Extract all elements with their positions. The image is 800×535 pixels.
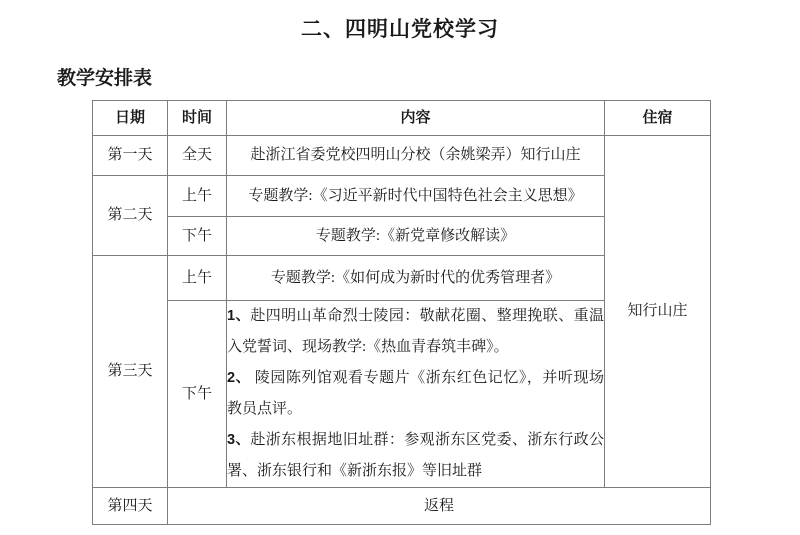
cell-day3-pm-content: 1、赴四明山革命烈士陵园：敬献花圈、整理挽联、重温入党誓词、现场教学:《热血青春…	[227, 301, 605, 488]
activity-item-1: 1、赴四明山革命烈士陵园：敬献花圈、整理挽联、重温入党誓词、现场教学:《热血青春…	[227, 301, 604, 363]
table-row-day4: 第四天 返程	[93, 488, 711, 525]
cell-day1-date: 第一天	[93, 136, 168, 176]
activity-item-2-number: 2、	[227, 370, 251, 386]
table-header-row: 日期 时间 内容 住宿	[93, 101, 711, 136]
cell-day3-date: 第三天	[93, 256, 168, 488]
activity-item-1-number: 1、	[227, 308, 250, 324]
activity-item-3: 3、赴浙东根据地旧址群：参观浙东区党委、浙东行政公署、浙东银行和《新浙东报》等旧…	[227, 425, 604, 487]
cell-day3-am-content: 专题教学:《如何成为新时代的优秀管理者》	[227, 256, 605, 301]
header-content: 内容	[227, 101, 605, 136]
cell-lodging: 知行山庄	[605, 136, 711, 488]
cell-day2-am-content: 专题教学:《习近平新时代中国特色社会主义思想》	[227, 176, 605, 217]
cell-day2-pm-time: 下午	[168, 217, 227, 256]
cell-day1-time: 全天	[168, 136, 227, 176]
schedule-table: 日期 时间 内容 住宿 第一天 全天 赴浙江省委党校四明山分校（余姚梁弄）知行山…	[92, 100, 711, 525]
header-lodging: 住宿	[605, 101, 711, 136]
cell-day1-content: 赴浙江省委党校四明山分校（余姚梁弄）知行山庄	[227, 136, 605, 176]
cell-day4-date: 第四天	[93, 488, 168, 525]
activity-item-3-number: 3、	[227, 432, 250, 448]
cell-day4-content: 返程	[168, 488, 711, 525]
activity-item-3-text: 赴浙东根据地旧址群：参观浙东区党委、浙东行政公署、浙东银行和《新浙东报》等旧址群	[227, 432, 604, 479]
header-time: 时间	[168, 101, 227, 136]
activity-item-2-text: 陵园陈列馆观看专题片《浙东红色记忆》，并听现场教员点评。	[227, 370, 604, 417]
section-title: 教学安排表	[57, 63, 800, 90]
cell-day2-am-time: 上午	[168, 176, 227, 217]
activity-item-2: 2、 陵园陈列馆观看专题片《浙东红色记忆》，并听现场教员点评。	[227, 363, 604, 425]
cell-day3-pm-time: 下午	[168, 301, 227, 488]
table-row-day1: 第一天 全天 赴浙江省委党校四明山分校（余姚梁弄）知行山庄 知行山庄	[93, 136, 711, 176]
cell-day2-pm-content: 专题教学:《新党章修改解读》	[227, 217, 605, 256]
cell-day3-am-time: 上午	[168, 256, 227, 301]
cell-day2-date: 第二天	[93, 176, 168, 256]
activity-item-1-text: 赴四明山革命烈士陵园：敬献花圈、整理挽联、重温入党誓词、现场教学:《热血青春筑丰…	[227, 308, 604, 355]
header-date: 日期	[93, 101, 168, 136]
page-title: 二、四明山党校学习	[0, 0, 800, 43]
